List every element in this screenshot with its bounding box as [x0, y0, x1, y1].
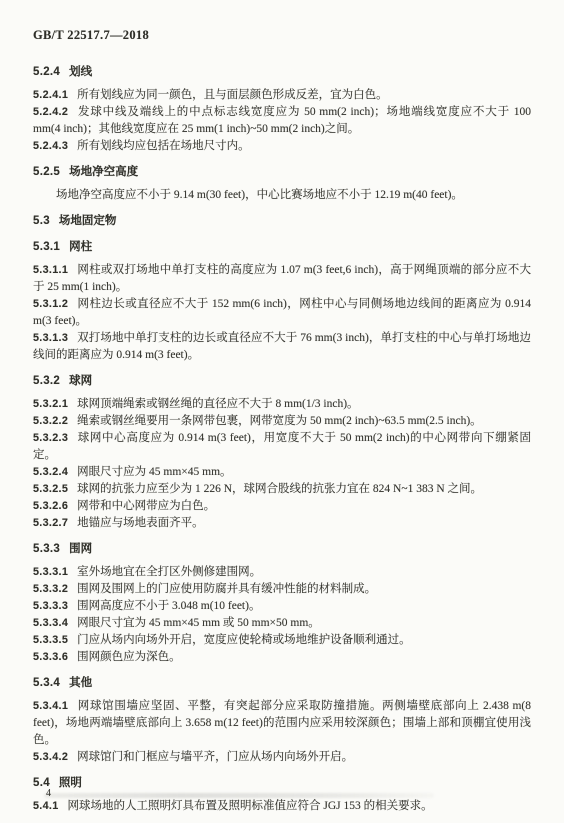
section-heading: 5.3.2球网: [33, 373, 531, 390]
section-title: 网柱: [69, 241, 92, 253]
clause: 5.4.1网球场地的人工照明灯具布置及照明标准值应符合 JGJ 153 的相关要…: [33, 798, 531, 815]
clause: 5.2.4.2发球中线及端线上的中点标志线宽度应为 50 mm(2 inch)；…: [33, 104, 531, 138]
clause-text: 网眼尺寸应为 45 mm×45 mm。: [77, 466, 231, 478]
clause-number: 5.3.1.3: [33, 332, 68, 344]
clause-number: 5.3.2.6: [33, 500, 68, 512]
clause-number: 5.2.4.2: [33, 106, 68, 118]
clause-number: 5.3.4.1: [33, 700, 68, 712]
clause-text: 网柱边长或直径应不大于 152 mm(6 inch)，网柱中心与同侧场地边线间的…: [33, 298, 531, 327]
section-number: 5.2.5: [33, 166, 60, 178]
section-title: 其他: [69, 677, 92, 689]
section-heading: 5.3.1网柱: [33, 239, 531, 256]
clause: 5.3.3.1室外场地宜在全打区外侧修建围网。: [33, 564, 531, 581]
clause-number: 5.3.2.2: [33, 415, 68, 427]
clause-text: 网柱或双打场地中单打支柱的高度应为 1.07 m(3 feet,6 inch)，…: [33, 264, 531, 293]
section-number: 5.2.4: [33, 66, 60, 78]
clause-number: 5.3.3.3: [33, 600, 68, 612]
clause-number: 5.3.4.2: [33, 751, 68, 763]
clause-number: 5.4.1: [33, 800, 59, 812]
clause: 5.3.1.2网柱边长或直径应不大于 152 mm(6 inch)，网柱中心与同…: [33, 296, 531, 330]
clause-number: 5.3.3.2: [33, 583, 68, 595]
clause: 5.3.2.3球网中心高度应为 0.914 m(3 feet)，用宽度不大于 5…: [33, 430, 531, 464]
clause: 5.3.3.2围网及围网上的门应使用防腐并具有缓冲性能的材料制成。: [33, 581, 531, 598]
clause-number: 5.3.2.7: [33, 517, 68, 529]
document-page: GB/T 22517.7—2018 5.2.4划线 5.2.4.1所有划线应为同…: [0, 0, 564, 823]
clause: 5.3.3.4网眼尺寸宜为 45 mm×45 mm 或 50 mm×50 mm。: [33, 615, 531, 632]
clause-text: 围网颜色应为深色。: [77, 651, 181, 663]
clause-text: 网带和中心网带应为白色。: [77, 500, 215, 512]
clause-text: 所有划线均应包括在场地尺寸内。: [77, 140, 250, 152]
clause-text: 网球馆围墙应坚固、平整，有突起部分应采取防撞措施。两侧墙壁底部向上 2.438 …: [33, 700, 531, 746]
clause-text: 室外场地宜在全打区外侧修建围网。: [77, 566, 261, 578]
clause-number: 5.3.1.1: [33, 264, 68, 276]
clause-number: 5.2.4.1: [33, 89, 68, 101]
clause-text: 球网中心高度应为 0.914 m(3 feet)，用宽度不大于 50 mm(2 …: [33, 432, 531, 461]
page-number: 4: [46, 788, 51, 799]
section-heading: 5.3场地固定物: [33, 213, 531, 230]
clause-number: 5.3.2.5: [33, 483, 68, 495]
clause-number: 5.3.3.1: [33, 566, 68, 578]
clause-text: 网眼尺寸宜为 45 mm×45 mm 或 50 mm×50 mm。: [77, 617, 320, 629]
section-title: 场地固定物: [59, 215, 117, 227]
clause-number: 5.3.2.1: [33, 398, 68, 410]
section-heading: 5.2.5场地净空高度: [33, 164, 531, 181]
standard-number-header: GB/T 22517.7—2018: [33, 28, 531, 42]
clause-text: 围网高度应不小于 3.048 m(10 feet)。: [77, 600, 260, 612]
clause: 5.3.3.6围网颜色应为深色。: [33, 649, 531, 666]
paragraph-text: 场地净空高度应不小于 9.14 m(30 feet)，中心比赛场地应不小于 12…: [56, 189, 463, 201]
clause: 5.3.2.2绳索或钢丝绳要用一条网带包裹，网带宽度为 50 mm(2 inch…: [33, 413, 531, 430]
clause-text: 球网的抗张力应至少为 1 226 N，球网合股线的抗张力宜在 824 N~1 3…: [77, 483, 482, 495]
section-number: 5.3.3: [33, 543, 60, 555]
section-title: 划线: [69, 66, 92, 78]
section-title: 场地净空高度: [69, 166, 138, 178]
section-heading: 5.3.3围网: [33, 541, 531, 558]
clause: 5.3.3.3围网高度应不小于 3.048 m(10 feet)。: [33, 598, 531, 615]
clause-text: 围网及围网上的门应使用防腐并具有缓冲性能的材料制成。: [77, 583, 376, 595]
clause: 5.3.2.6网带和中心网带应为白色。: [33, 498, 531, 515]
scan-smudge-artifact: [44, 793, 434, 798]
clause-text: 地锚应与场地表面齐平。: [77, 517, 204, 529]
clause: 5.2.4.1所有划线应为同一颜色，且与面层颜色形成反差，宜为白色。: [33, 87, 531, 104]
section-number: 5.3.1: [33, 241, 60, 253]
clause-number: 5.3.3.6: [33, 651, 68, 663]
section-heading: 5.3.4其他: [33, 675, 531, 692]
clause: 5.3.1.3双打场地中单打支柱的边长或直径应不大于 76 mm(3 inch)…: [33, 330, 531, 364]
clause: 5.3.3.5门应从场内向场外开启，宽度应使轮椅或场地维护设备顺利通过。: [33, 632, 531, 649]
clause-text: 所有划线应为同一颜色，且与面层颜色形成反差，宜为白色。: [77, 89, 388, 101]
clause-text: 门应从场内向场外开启，宽度应使轮椅或场地维护设备顺利通过。: [77, 634, 411, 646]
section-number: 5.3.2: [33, 375, 60, 387]
clause: 5.3.4.1网球馆围墙应坚固、平整，有突起部分应采取防撞措施。两侧墙壁底部向上…: [33, 698, 531, 749]
section-title: 球网: [69, 375, 92, 387]
clause: 5.3.4.2网球馆门和门框应与墙平齐，门应从场内向场外开启。: [33, 749, 531, 766]
clause-text: 球网顶端绳索或钢丝绳的直径应不大于 8 mm(1/3 inch)。: [77, 398, 358, 410]
clause-number: 5.3.1.2: [33, 298, 68, 310]
section-heading: 5.4照明: [33, 775, 531, 792]
clause-text: 网球场地的人工照明灯具布置及照明标准值应符合 JGJ 153 的相关要求。: [68, 800, 433, 812]
clause-number: 5.2.4.3: [33, 140, 68, 152]
clause: 5.3.2.7地锚应与场地表面齐平。: [33, 515, 531, 532]
section-number: 5.3.4: [33, 677, 60, 689]
clause-text: 双打场地中单打支柱的边长或直径应不大于 76 mm(3 inch)，单打支柱的中…: [33, 332, 531, 361]
paragraph: 场地净空高度应不小于 9.14 m(30 feet)，中心比赛场地应不小于 12…: [33, 187, 531, 204]
clause-text: 网球馆门和门框应与墙平齐，门应从场内向场外开启。: [77, 751, 353, 763]
clause: 5.3.2.1球网顶端绳索或钢丝绳的直径应不大于 8 mm(1/3 inch)。: [33, 396, 531, 413]
section-title: 围网: [69, 543, 92, 555]
clause-number: 5.3.3.5: [33, 634, 68, 646]
clause-number: 5.3.2.3: [33, 432, 68, 444]
clause: 5.2.4.3所有划线均应包括在场地尺寸内。: [33, 138, 531, 155]
clause-text: 发球中线及端线上的中点标志线宽度应为 50 mm(2 inch)；场地端线宽度应…: [33, 106, 531, 135]
clause: 5.3.1.1网柱或双打场地中单打支柱的高度应为 1.07 m(3 feet,6…: [33, 262, 531, 296]
section-heading: 5.2.4划线: [33, 64, 531, 81]
section-number: 5.3: [33, 215, 50, 227]
section-title: 照明: [59, 777, 82, 789]
clause-number: 5.3.2.4: [33, 466, 68, 478]
clause-text: 绳索或钢丝绳要用一条网带包裹，网带宽度为 50 mm(2 inch)~63.5 …: [77, 415, 482, 427]
clause-number: 5.3.3.4: [33, 617, 68, 629]
clause: 5.3.2.5球网的抗张力应至少为 1 226 N，球网合股线的抗张力宜在 82…: [33, 481, 531, 498]
clause: 5.3.2.4网眼尺寸应为 45 mm×45 mm。: [33, 464, 531, 481]
